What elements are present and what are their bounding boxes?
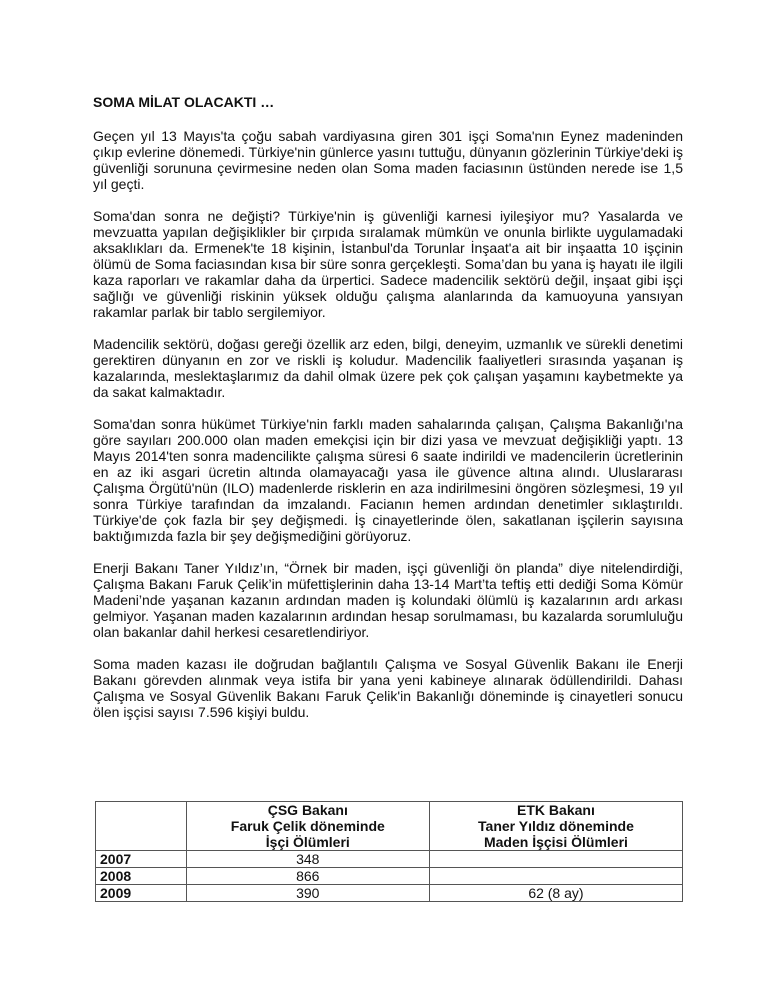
paragraph: Enerji Bakanı Taner Yıldız’ın, “Örnek bi… xyxy=(93,560,683,640)
cell-year: 2009 xyxy=(96,885,187,902)
cell-etk xyxy=(429,868,682,885)
paragraph: Soma'dan sonra ne değişti? Türkiye'nin i… xyxy=(93,208,683,320)
paragraph: Geçen yıl 13 Mayıs'ta çoğu sabah vardiya… xyxy=(93,128,683,192)
deaths-table: ÇSG Bakanı Faruk Çelik döneminde İşçi Öl… xyxy=(95,801,683,902)
table-row: 2007 348 xyxy=(96,851,683,868)
paragraph: Madencilik sektörü, doğası gereği özelli… xyxy=(93,336,683,400)
paragraph: Soma'dan sonra hükümet Türkiye'nin farkl… xyxy=(93,416,683,544)
document-title: SOMA MİLAT OLACAKTI … xyxy=(93,94,683,110)
header-year xyxy=(96,802,187,851)
paragraph: Soma maden kazası ile doğrudan bağlantıl… xyxy=(93,656,683,720)
document-body: SOMA MİLAT OLACAKTI … Geçen yıl 13 Mayıs… xyxy=(93,94,683,736)
cell-year: 2007 xyxy=(96,851,187,868)
table-row: 2008 866 xyxy=(96,868,683,885)
cell-csg: 866 xyxy=(186,868,429,885)
table-row: 2009 390 62 (8 ay) xyxy=(96,885,683,902)
header-csg: ÇSG Bakanı Faruk Çelik döneminde İşçi Öl… xyxy=(186,802,429,851)
table-header-row: ÇSG Bakanı Faruk Çelik döneminde İşçi Öl… xyxy=(96,802,683,851)
cell-csg: 390 xyxy=(186,885,429,902)
cell-csg: 348 xyxy=(186,851,429,868)
header-etk: ETK Bakanı Taner Yıldız döneminde Maden … xyxy=(429,802,682,851)
cell-etk xyxy=(429,851,682,868)
cell-year: 2008 xyxy=(96,868,187,885)
cell-etk: 62 (8 ay) xyxy=(429,885,682,902)
